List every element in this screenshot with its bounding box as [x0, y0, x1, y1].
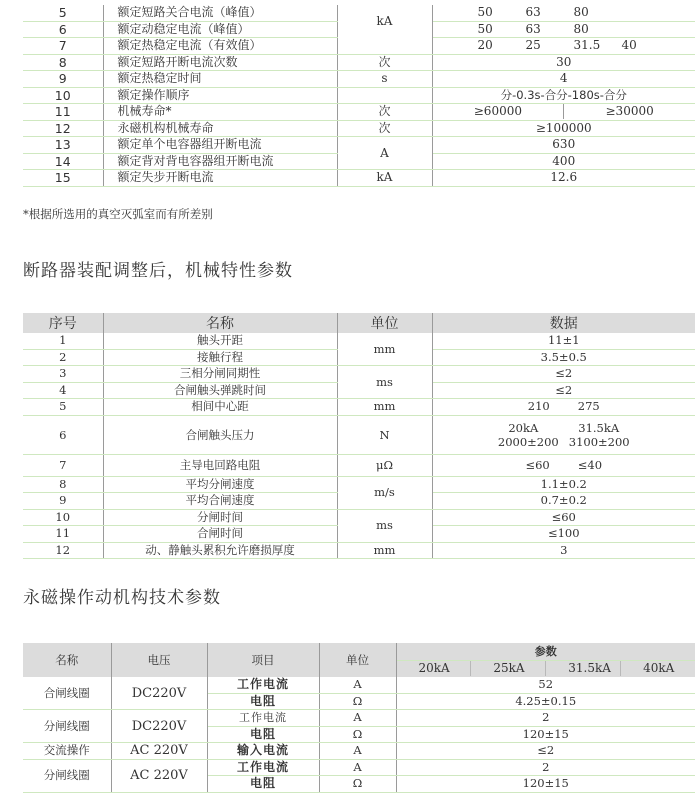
row-name: 合闸线圈 [23, 677, 111, 710]
row-unit: 次 [337, 54, 432, 71]
table-header: 名称 电压 项目 单位 参数 [23, 643, 695, 659]
row-data: 3 [432, 542, 695, 559]
table-row: 10 额定操作顺序 分-0.3s-合分-180s-合分 [23, 87, 695, 104]
row-item: 电阻 [207, 693, 319, 710]
row-unit: μΩ [337, 454, 432, 476]
row-number: 8 [23, 476, 103, 493]
row-number: 2 [23, 349, 103, 366]
row-value: 120±15 [396, 726, 695, 743]
row-value: 12.6 [432, 170, 695, 187]
footnote: *根据所选用的真空灭弧室而有所差别 [23, 206, 213, 222]
row-value: 506380 [432, 21, 695, 38]
row-number: 3 [23, 366, 103, 383]
row-name: 动、静触头累积允许磨损厚度 [103, 542, 337, 559]
header-data: 数据 [432, 313, 695, 333]
param-col-20ka: 20kA [397, 661, 471, 676]
row-value: 4.25±0.15 [396, 693, 695, 710]
row-name: 接触行程 [103, 349, 337, 366]
row-name: 平均分闸速度 [103, 476, 337, 493]
row-unit: mm [337, 333, 432, 366]
row-value: 2 [396, 759, 695, 776]
row-item: 电阻 [207, 776, 319, 793]
row-value: 2 [396, 710, 695, 727]
row-unit: A [319, 743, 396, 760]
header-name: 名称 [23, 643, 111, 677]
row-name: 额定失步开断电流 [103, 170, 337, 187]
row-name: 三相分闸同期性 [103, 366, 337, 383]
row-number: 9 [23, 71, 103, 88]
row-data: 210275 [432, 399, 695, 416]
row-number: 5 [23, 5, 103, 21]
row-unit: kA [337, 170, 432, 187]
row-value: 4 [432, 71, 695, 88]
row-unit: kA [337, 5, 432, 38]
row-unit: 次 [337, 104, 432, 121]
row-unit: 次 [337, 120, 432, 137]
row-unit: s [337, 71, 432, 88]
row-number: 4 [23, 382, 103, 399]
row-name: 额定操作顺序 [103, 87, 337, 104]
row-value: 120±15 [396, 776, 695, 793]
row-number: 5 [23, 399, 103, 416]
row-name: 交流操作 [23, 743, 111, 760]
row-item: 工作电流 [207, 759, 319, 776]
param-col-25ka: 25kA [470, 661, 545, 676]
row-data: ≤100 [432, 526, 695, 543]
row-number: 6 [23, 21, 103, 38]
row-unit: A [319, 677, 396, 693]
row-number: 14 [23, 153, 103, 170]
header-voltage: 电压 [111, 643, 207, 677]
row-name: 额定动稳定电流（峰值） [103, 21, 337, 38]
row-name: 分闸线圈 [23, 710, 111, 743]
table-row: 8 额定短路开断电流次数 次 30 [23, 54, 695, 71]
row-data: 11±1 [432, 333, 695, 349]
row-name: 额定短路开断电流次数 [103, 54, 337, 71]
row-name: 永磁机构机械寿命 [103, 120, 337, 137]
section-title: 断路器装配调整后，机械特性参数 [23, 256, 293, 281]
param-col-31-5ka: 31.5kA [545, 661, 620, 676]
row-unit [337, 87, 432, 104]
row-voltage: AC 220V [111, 759, 207, 792]
table-row: 7 主导电回路电阻 μΩ ≤60≤40 [23, 454, 695, 476]
row-voltage: AC 220V [111, 743, 207, 760]
row-unit: A [319, 759, 396, 776]
table-header: 序号 名称 单位 数据 [23, 313, 695, 333]
row-number: 13 [23, 137, 103, 154]
row-number: 11 [23, 526, 103, 543]
ratings-table: 5 额定短路关合电流（峰值） kA 506380 6 额定动稳定电流（峰值） 5… [23, 5, 695, 187]
row-number: 7 [23, 38, 103, 55]
row-unit: A [319, 710, 396, 727]
header-unit: 单位 [337, 313, 432, 333]
row-name: 分闸时间 [103, 509, 337, 526]
row-value: ≤2 [396, 743, 695, 760]
row-value: 400 [432, 153, 695, 170]
row-data: 0.7±0.2 [432, 493, 695, 510]
row-value: 630 [432, 137, 695, 154]
row-data: 3.5±0.5 [432, 349, 695, 366]
row-name: 主导电回路电阻 [103, 454, 337, 476]
table-row: 11 机械寿命* 次 ≥60000≥30000 [23, 104, 695, 121]
row-item: 工作电流 [207, 677, 319, 693]
row-name: 机械寿命* [103, 104, 337, 121]
row-value: ≥60000≥30000 [432, 104, 695, 121]
row-unit: mm [337, 399, 432, 416]
row-item: 输入电流 [207, 743, 319, 760]
row-data: ≤60 [432, 509, 695, 526]
header-item: 项目 [207, 643, 319, 677]
param-columns: 20kA 25kA 31.5kA 40kA [396, 659, 695, 677]
table-row: 8 平均分闸速度 m/s 1.1±0.2 [23, 476, 695, 493]
row-unit: ms [337, 509, 432, 542]
row-value: 52 [396, 677, 695, 693]
row-name: 相间中心距 [103, 399, 337, 416]
row-item: 电阻 [207, 726, 319, 743]
row-data: ≤60≤40 [432, 454, 695, 476]
row-data: 1.1±0.2 [432, 476, 695, 493]
row-value: 分-0.3s-合分-180s-合分 [432, 87, 695, 104]
header-no: 序号 [23, 313, 103, 333]
row-name: 额定热稳定电流（有效值） [103, 38, 337, 55]
table-row: 3 三相分闸同期性 ms ≤2 [23, 366, 695, 383]
row-unit: Ω [319, 693, 396, 710]
row-number: 10 [23, 509, 103, 526]
header-unit: 单位 [319, 643, 396, 677]
row-name: 平均合闸速度 [103, 493, 337, 510]
row-name: 合闸时间 [103, 526, 337, 543]
row-unit: ms [337, 366, 432, 399]
row-number: 9 [23, 493, 103, 510]
table-row: 1 触头开距 mm 11±1 [23, 333, 695, 349]
row-unit: N [337, 415, 432, 454]
row-name: 合闸触头压力 [103, 415, 337, 454]
row-unit [337, 38, 432, 55]
table-row: 12 永磁机构机械寿命 次 ≥100000 [23, 120, 695, 137]
mechanical-characteristics-table: 序号 名称 单位 数据 1 触头开距 mm 11±1 2 接触行程 3.5±0.… [23, 313, 695, 559]
row-name: 额定热稳定时间 [103, 71, 337, 88]
table-row: 7 额定热稳定电流（有效值） 202531.540 [23, 38, 695, 55]
row-number: 10 [23, 87, 103, 104]
table-row: 5 相间中心距 mm 210275 [23, 399, 695, 416]
row-unit: m/s [337, 476, 432, 509]
row-value: ≥100000 [432, 120, 695, 137]
row-value: 30 [432, 54, 695, 71]
row-voltage: DC220V [111, 677, 207, 710]
param-col-40ka: 40kA [620, 661, 695, 676]
section-title: 永磁操作动机构技术参数 [23, 583, 221, 608]
row-number: 7 [23, 454, 103, 476]
header-params: 参数 [396, 643, 695, 659]
row-number: 6 [23, 415, 103, 454]
row-name: 触头开距 [103, 333, 337, 349]
row-number: 12 [23, 120, 103, 137]
row-unit: A [337, 137, 432, 170]
row-unit: mm [337, 542, 432, 559]
row-number: 1 [23, 333, 103, 349]
row-name: 分闸线圈 [23, 759, 111, 792]
row-unit: Ω [319, 726, 396, 743]
table-row: 5 额定短路关合电流（峰值） kA 506380 [23, 5, 695, 21]
row-data: ≤2 [432, 382, 695, 399]
table-row: 分闸线圈 AC 220V 工作电流 A 2 [23, 759, 695, 776]
row-name: 额定单个电容器组开断电流 [103, 137, 337, 154]
row-voltage: DC220V [111, 710, 207, 743]
row-unit: Ω [319, 776, 396, 793]
table-row: 10 分闸时间 ms ≤60 [23, 509, 695, 526]
row-data: 20kA31.5kA 2000±2003100±200 [432, 415, 695, 454]
row-number: 12 [23, 542, 103, 559]
row-value: 506380 [432, 5, 695, 21]
table-row: 分闸线圈 DC220V 工作电流 A 2 [23, 710, 695, 727]
table-row: 15 额定失步开断电流 kA 12.6 [23, 170, 695, 187]
row-number: 15 [23, 170, 103, 187]
table-row: 13 额定单个电容器组开断电流 A 630 [23, 137, 695, 154]
table-row: 交流操作 AC 220V 输入电流 A ≤2 [23, 743, 695, 760]
magnetic-actuator-table: 名称 电压 项目 单位 参数 20kA 25kA 31.5kA 40kA 合闸线… [23, 643, 695, 793]
row-name: 合闸触头弹跳时间 [103, 382, 337, 399]
row-data: ≤2 [432, 366, 695, 383]
header-name: 名称 [103, 313, 337, 333]
row-number: 8 [23, 54, 103, 71]
row-number: 11 [23, 104, 103, 121]
row-value: 202531.540 [432, 38, 695, 55]
row-name: 额定短路关合电流（峰值） [103, 5, 337, 21]
table-row: 9 额定热稳定时间 s 4 [23, 71, 695, 88]
table-row: 12 动、静触头累积允许磨损厚度 mm 3 [23, 542, 695, 559]
table-row: 6 合闸触头压力 N 20kA31.5kA 2000±2003100±200 [23, 415, 695, 454]
table-row: 合闸线圈 DC220V 工作电流 A 52 [23, 677, 695, 693]
row-item: 工作电流 [207, 710, 319, 727]
row-name: 额定背对背电容器组开断电流 [103, 153, 337, 170]
